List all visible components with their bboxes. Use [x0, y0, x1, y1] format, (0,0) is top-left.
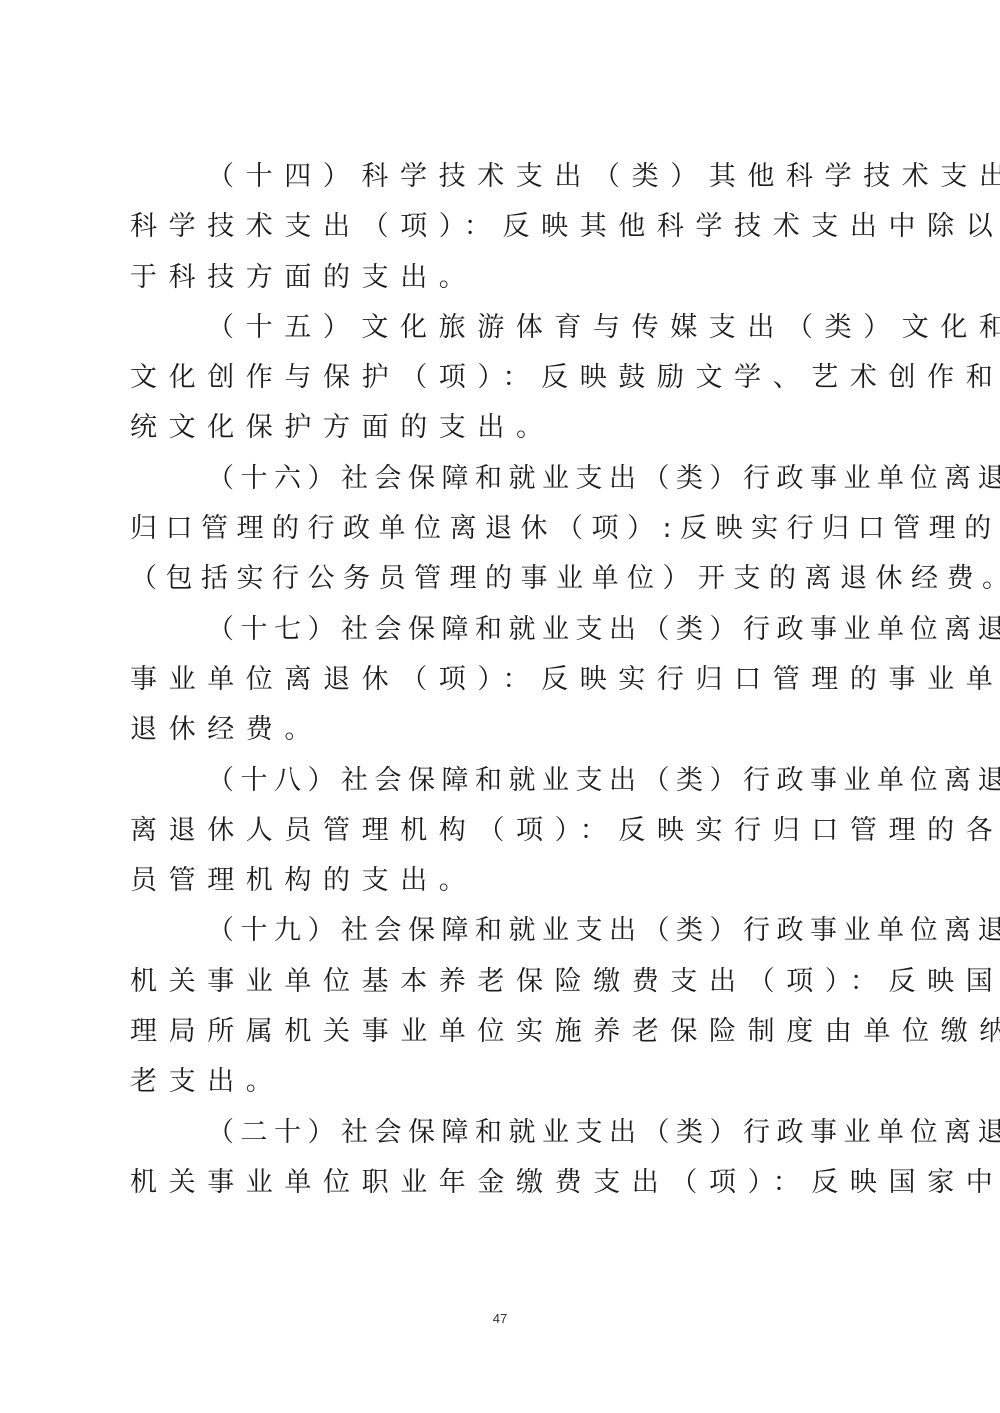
paragraph-line: 机关事业单位职业年金缴费支出（项）：反映国家中医药管理局: [130, 1158, 875, 1208]
paragraph-line: 员管理机构的支出。: [130, 856, 875, 906]
paragraph-line: 离退休人员管理机构（项）：反映实行归口管理的各类离退休人: [130, 806, 875, 856]
paragraph-line: 老支出。: [130, 1057, 875, 1107]
paragraph-line: 事业单位离退休（项）：反映实行归口管理的事业单位开支的离: [130, 655, 875, 705]
paragraph-line: （二十）社会保障和就业支出（类）行政事业单位离退休（款）: [130, 1108, 875, 1158]
paragraph-line: 文化创作与保护（项）：反映鼓励文学、艺术创作和民族民间传: [130, 353, 875, 403]
paragraph-line: 科学技术支出（项）：反映其他科学技术支出中除以上各项外用: [130, 202, 875, 252]
paragraph-20: （二十）社会保障和就业支出（类）行政事业单位离退休（款） 机关事业单位职业年金缴…: [130, 1108, 875, 1209]
paragraph-14: （十四）科学技术支出（类）其他科学技术支出（款）其他 科学技术支出（项）：反映其…: [130, 152, 875, 303]
paragraph-line: （十四）科学技术支出（类）其他科学技术支出（款）其他: [130, 152, 875, 202]
paragraph-18: （十八）社会保障和就业支出（类）行政事业单位离退休（款） 离退休人员管理机构（项…: [130, 756, 875, 907]
paragraph-line: 理局所属机关事业单位实施养老保险制度由单位缴纳的基本养: [130, 1007, 875, 1057]
paragraph-line: （包括实行公务员管理的事业单位）开支的离退休经费。: [130, 554, 875, 604]
paragraph-line: 机关事业单位基本养老保险缴费支出（项）：反映国家中医药管: [130, 957, 875, 1007]
page-number: 47: [0, 1311, 1000, 1326]
paragraph-line: 统文化保护方面的支出。: [130, 403, 875, 453]
paragraph-19: （十九）社会保障和就业支出（类）行政事业单位离退休（款） 机关事业单位基本养老保…: [130, 906, 875, 1107]
paragraph-line: 归口管理的行政单位离退休（项）:反映实行归口管理的行政单位: [130, 504, 875, 554]
paragraph-16: （十六）社会保障和就业支出（类）行政事业单位离退休（款） 归口管理的行政单位离退…: [130, 454, 875, 605]
document-body: （十四）科学技术支出（类）其他科学技术支出（款）其他 科学技术支出（项）：反映其…: [130, 152, 875, 1208]
paragraph-line: （十九）社会保障和就业支出（类）行政事业单位离退休（款）: [130, 906, 875, 956]
paragraph-15: （十五）文化旅游体育与传媒支出（类）文化和旅游（款） 文化创作与保护（项）：反映…: [130, 303, 875, 454]
paragraph-line: （十六）社会保障和就业支出（类）行政事业单位离退休（款）: [130, 454, 875, 504]
paragraph-line: （十八）社会保障和就业支出（类）行政事业单位离退休（款）: [130, 756, 875, 806]
paragraph-line: 退休经费。: [130, 705, 875, 755]
paragraph-17: （十七）社会保障和就业支出（类）行政事业单位离退休（款） 事业单位离退休（项）：…: [130, 605, 875, 756]
paragraph-line: （十七）社会保障和就业支出（类）行政事业单位离退休（款）: [130, 605, 875, 655]
paragraph-line: （十五）文化旅游体育与传媒支出（类）文化和旅游（款）: [130, 303, 875, 353]
paragraph-line: 于科技方面的支出。: [130, 253, 875, 303]
